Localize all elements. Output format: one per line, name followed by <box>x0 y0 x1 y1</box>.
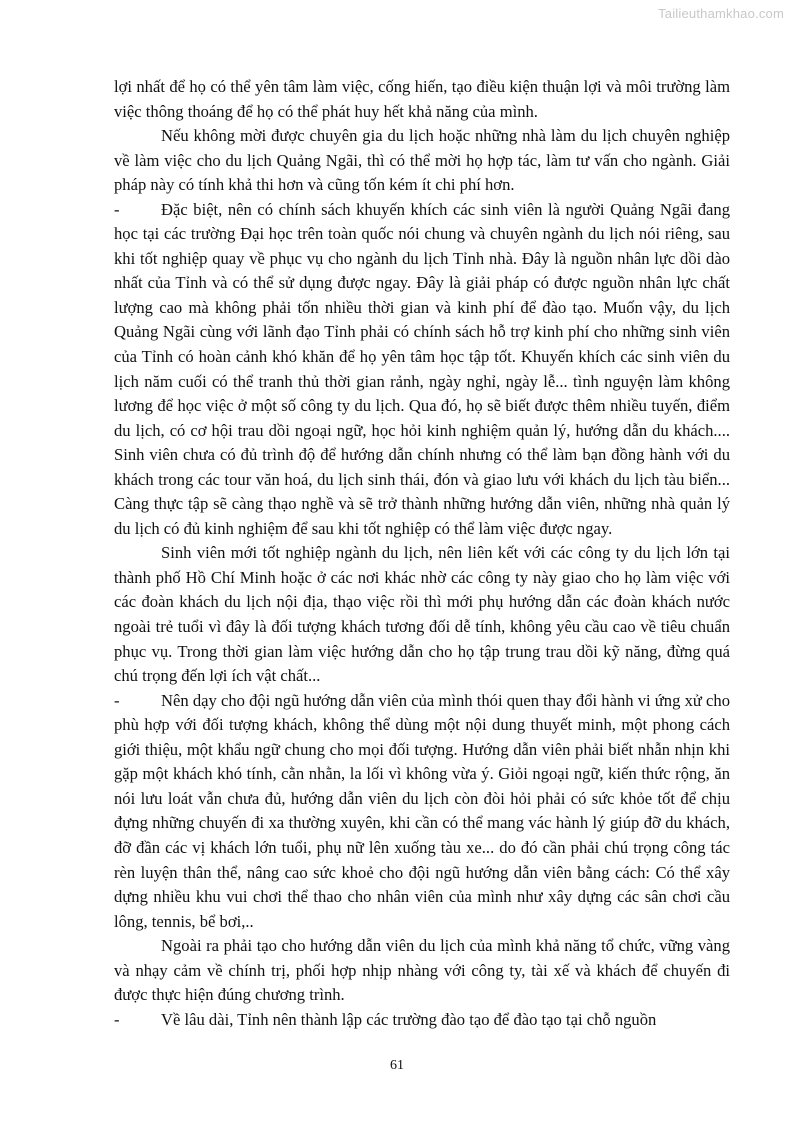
bullet-text: Về lâu dài, Tỉnh nên thành lập các trườn… <box>161 1010 656 1029</box>
paragraph-expert-consulting: Nếu không mời được chuyên gia du lịch ho… <box>114 124 730 198</box>
page-body: lợi nhất để họ có thể yên tâm làm việc, … <box>114 75 730 1032</box>
paragraph-graduates: Sinh viên mới tốt nghiệp ngành du lịch, … <box>114 541 730 688</box>
bullet-dash: - <box>114 198 120 223</box>
paragraph-organization-skills: Ngoài ra phải tạo cho hướng dẫn viên du … <box>114 934 730 1008</box>
page-number: 61 <box>0 1058 794 1074</box>
bullet-dash: - <box>114 689 120 714</box>
bullet-text: Nên dạy cho đội ngũ hướng dẫn viên của m… <box>114 691 730 931</box>
watermark: Tailieuthamkhao.com <box>658 6 784 21</box>
bullet-long-term-training: -Về lâu dài, Tỉnh nên thành lập các trườ… <box>114 1008 730 1033</box>
bullet-student-policy: -Đặc biệt, nên có chính sách khuyến khíc… <box>114 198 730 542</box>
bullet-dash: - <box>114 1008 120 1033</box>
bullet-guide-behavior: -Nên dạy cho đội ngũ hướng dẫn viên của … <box>114 689 730 934</box>
bullet-text: Đặc biệt, nên có chính sách khuyến khích… <box>114 200 730 538</box>
paragraph-continuation: lợi nhất để họ có thể yên tâm làm việc, … <box>114 75 730 124</box>
